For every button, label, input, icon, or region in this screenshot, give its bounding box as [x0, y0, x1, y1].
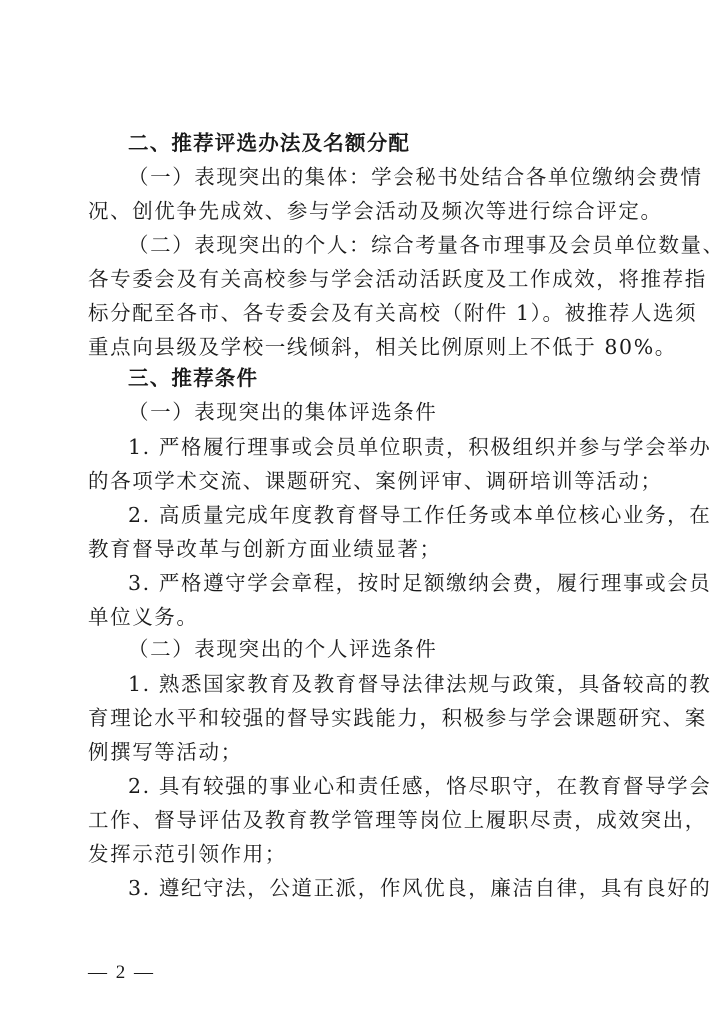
item-line: 1. 熟悉国家教育及教育督导法律法规与政策，具备较高的教 [128, 672, 638, 696]
item-line: 2. 高质量完成年度教育督导工作任务或本单位核心业务，在 [128, 503, 638, 527]
item-line: 工作、督导评估及教育教学管理等岗位上履职尽责，成效突出， [88, 808, 638, 832]
subsection-title: （二）表现突出的个人评选条件 [128, 637, 678, 661]
subsection-title: （一）表现突出的集体评选条件 [128, 400, 678, 424]
paragraph-line: 标分配至各市、各专委会及有关高校（附件 1）。被推荐人选须 [88, 301, 638, 325]
paragraph-line: （二）表现突出的个人：综合考量各市理事及会员单位数量、 [128, 233, 638, 257]
paragraph-line: （一）表现突出的集体：学会秘书处结合各单位缴纳会费情 [128, 165, 638, 189]
document-page: 二、推荐评选办法及名额分配 （一）表现突出的集体：学会秘书处结合各单位缴纳会费情… [0, 0, 722, 1029]
item-line: 发挥示范引领作用； [88, 842, 638, 866]
item-line: 2. 具有较强的事业心和责任感，恪尽职守，在教育督导学会 [128, 774, 638, 798]
section-heading-2: 二、推荐评选办法及名额分配 [128, 131, 678, 155]
item-line: 育理论水平和较强的督导实践能力，积极参与学会课题研究、案 [88, 706, 638, 730]
item-line: 单位义务。 [88, 605, 638, 629]
item-line: 例撰写等活动； [88, 740, 638, 764]
item-line: 的各项学术交流、课题研究、案例评审、调研培训等活动； [88, 469, 638, 493]
item-line: 3. 遵纪守法，公道正派，作风优良，廉洁自律，具有良好的 [128, 876, 638, 900]
page-number: — 2 — [88, 962, 155, 984]
item-line: 3. 严格遵守学会章程，按时足额缴纳会费，履行理事或会员 [128, 571, 638, 595]
paragraph-line: 各专委会及有关高校参与学会活动活跃度及工作成效，将推荐指 [88, 267, 638, 291]
section-heading-3: 三、推荐条件 [128, 366, 678, 390]
paragraph-line: 重点向县级及学校一线倾斜，相关比例原则上不低于 80%。 [88, 335, 638, 359]
item-line: 教育督导改革与创新方面业绩显著； [88, 537, 638, 561]
paragraph-line: 况、创优争先成效、参与学会活动及频次等进行综合评定。 [88, 199, 638, 223]
item-line: 1. 严格履行理事或会员单位职责，积极组织并参与学会举办 [128, 435, 638, 459]
